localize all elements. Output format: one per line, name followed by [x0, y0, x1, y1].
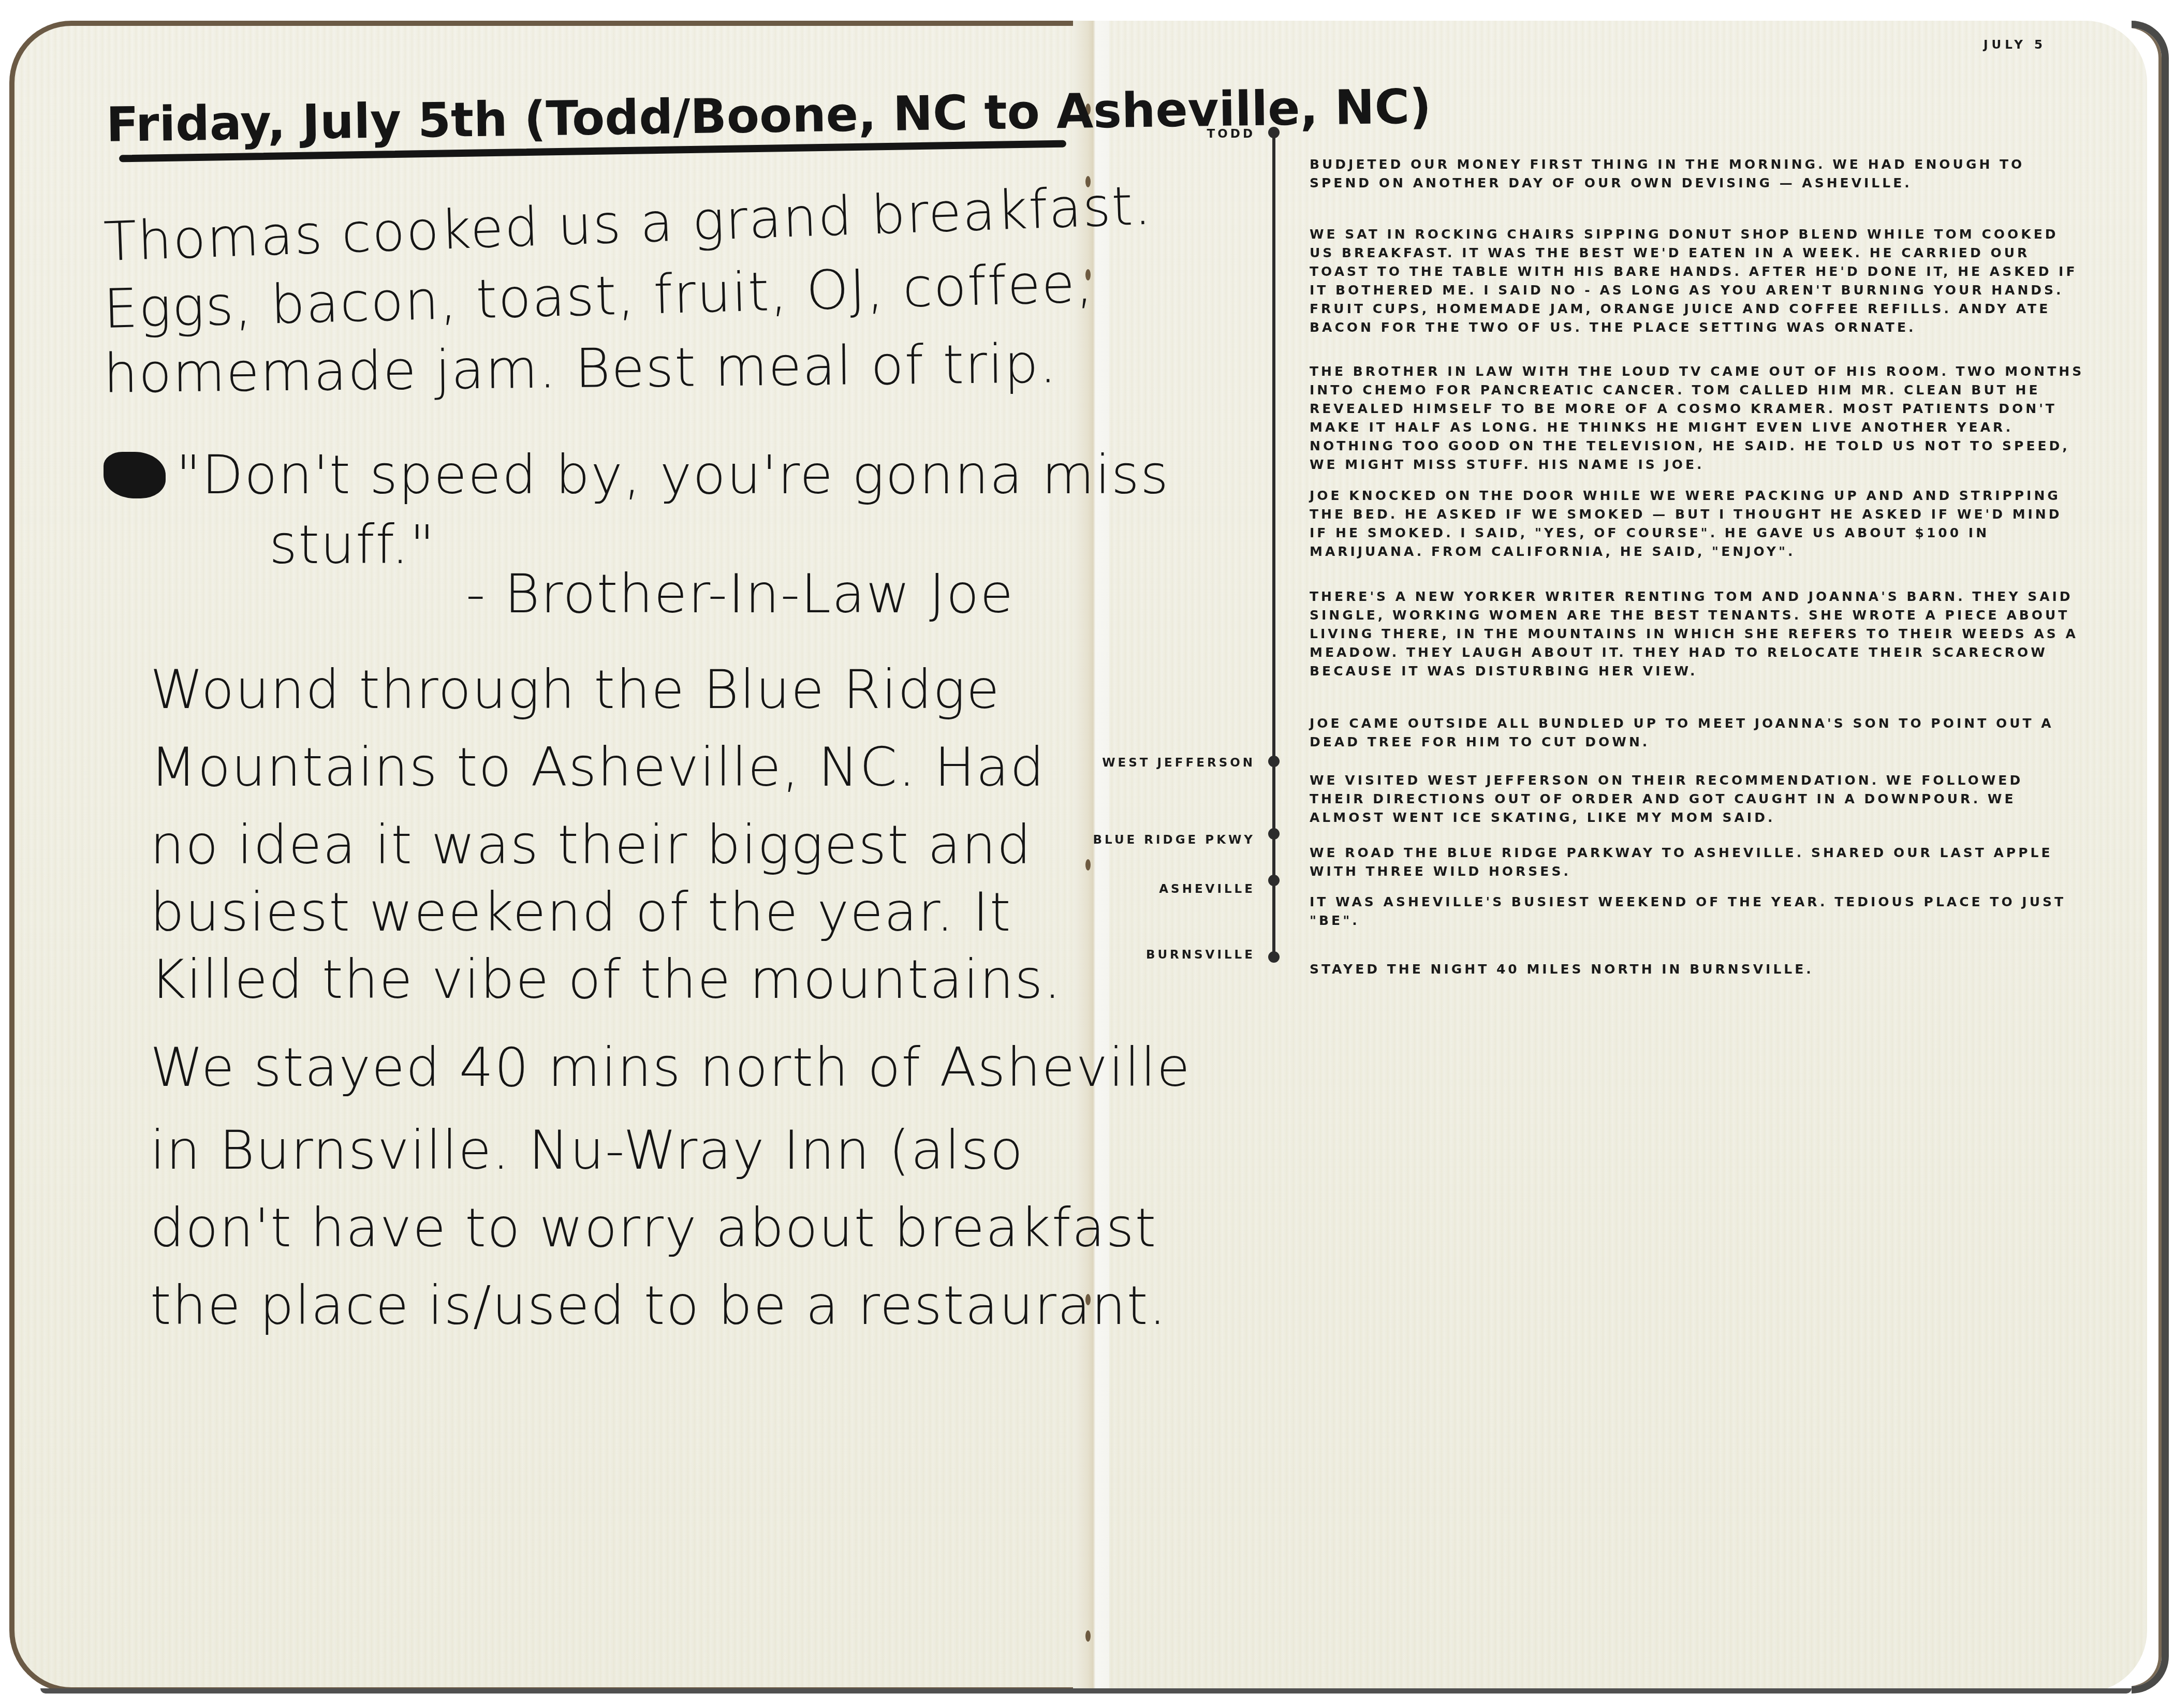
cover-edge-right	[2132, 21, 2169, 1694]
timeline-stop-asheville: ASHEVILLE	[1079, 882, 1255, 896]
timeline-dot	[1268, 951, 1280, 963]
timeline-dot	[1268, 127, 1280, 138]
handwritten-line: busiest weekend of the year. It	[150, 885, 1012, 939]
entry-text: Joe came outside all bundled up to meet …	[1310, 714, 2086, 752]
journal-entry: It was Asheville's busiest weekend of th…	[1310, 893, 2086, 930]
timeline-stop-todd: TODD	[1079, 127, 1255, 141]
handwritten-line: the place is/used to be a restaurant.	[150, 1278, 1167, 1332]
entry-text: We road the Blue Ridge Parkway to Ashevi…	[1310, 844, 2086, 881]
quote-attribution: - Brother-In-Law Joe	[466, 567, 1014, 621]
entry-text: Joe knocked on the door while we were pa…	[1310, 487, 2086, 561]
entry-text: There's a New Yorker writer renting Tom …	[1310, 587, 2086, 681]
timeline-stop-blue-ridge-pkwy: BLUE RIDGE PKWY	[1079, 833, 1255, 847]
handwritten-line: Wound through the Blue Ridge	[150, 662, 1001, 716]
entry-text: The brother in law with the loud TV came…	[1310, 362, 2086, 474]
handwritten-line: don't have to worry about breakfast	[150, 1201, 1157, 1255]
handwritten-line: in Burnsville. Nu-Wray Inn (also	[150, 1123, 1024, 1177]
entry-text: Budjeted our money first thing in the mo…	[1310, 155, 2086, 193]
handwritten-line: homemade jam. Best meal of trip.	[104, 336, 1058, 400]
journal-entry: Stayed the night 40 miles north in Burns…	[1310, 960, 2086, 979]
entry-text: We visited West Jefferson on their recom…	[1310, 771, 2086, 827]
timeline-dot	[1268, 828, 1280, 840]
handwritten-line: We stayed 40 mins north of Asheville	[150, 1040, 1191, 1094]
quote-line: "Don't speed by, you're gonna miss	[104, 448, 1169, 502]
journal-entry: Budjeted our money first thing in the mo…	[1310, 155, 2086, 193]
journal-entry: Joe knocked on the door while we were pa…	[1310, 487, 2086, 561]
timeline-dot	[1268, 875, 1280, 886]
entry-text: Stayed the night 40 miles north in Burns…	[1310, 960, 2086, 979]
journal-entry: Joe came outside all bundled up to meet …	[1310, 714, 2086, 752]
page-header-date: JULY 5	[1984, 38, 2046, 52]
journal-entry: We road the Blue Ridge Parkway to Ashevi…	[1310, 844, 2086, 881]
handwritten-line: Killed the vibe of the mountains.	[150, 952, 1062, 1006]
binding-stitch	[1085, 859, 1091, 871]
journal-entry: We visited West Jefferson on their recom…	[1310, 771, 2086, 827]
timeline-stop-west-jefferson: WEST JEFFERSON	[1079, 756, 1255, 770]
timeline-stop-burnsville: BURNSVILLE	[1079, 948, 1255, 962]
binding-stitch	[1085, 1630, 1091, 1642]
scribble-mark	[104, 452, 166, 498]
entry-text: It was Asheville's busiest weekend of th…	[1310, 893, 2086, 930]
entry-text: We sat in rocking chairs sipping donut s…	[1310, 225, 2086, 337]
journal-entry: The brother in law with the loud TV came…	[1310, 362, 2086, 474]
handwritten-line: Mountains to Asheville, NC. Had	[150, 740, 1045, 794]
quote-text: "Don't speed by, you're gonna miss	[176, 443, 1169, 506]
quote-line: stuff."	[269, 518, 435, 571]
journal-entry: We sat in rocking chairs sipping donut s…	[1310, 225, 2086, 337]
cover-edge-bottom	[40, 1688, 2132, 1694]
handwritten-line: no idea it was their biggest and	[150, 818, 1032, 872]
timeline-dot	[1268, 756, 1280, 767]
journal-entry: There's a New Yorker writer renting Tom …	[1310, 587, 2086, 681]
